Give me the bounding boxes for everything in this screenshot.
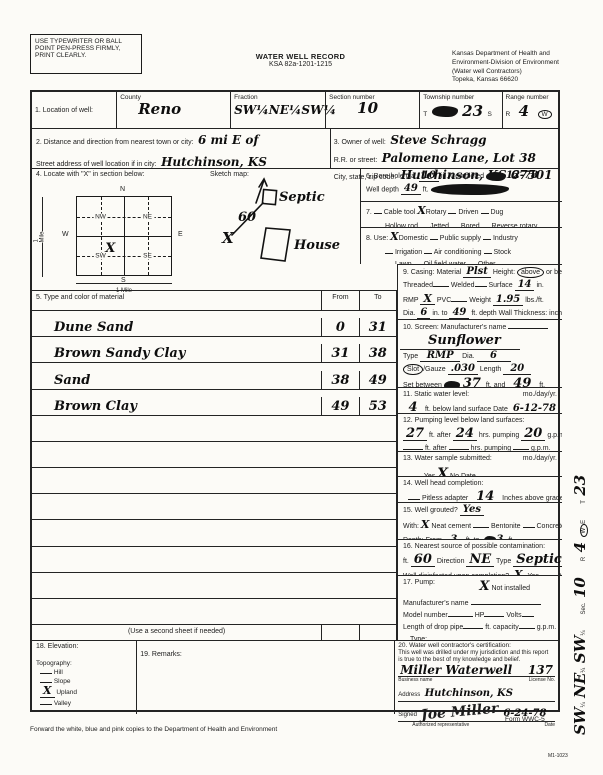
form-statute: KSA 82a-1201-1215 [228, 61, 373, 68]
inches-label: in. [441, 173, 448, 180]
slot-circled: Slot [403, 364, 423, 375]
rotary-x-mark: X [417, 204, 426, 217]
empty-cell [359, 625, 396, 640]
owner-cell: 3. Owner of well: Steve Schragg R.R. or … [330, 129, 558, 168]
instruction-line: USE TYPEWRITER OR BALL [35, 38, 137, 45]
grouted-value: Yes [463, 504, 481, 515]
distance-label: 2. Distance and direction from nearest t… [36, 139, 194, 146]
surface-value: 14 [518, 279, 532, 290]
range-label: R [581, 557, 587, 561]
hollow-rod-label: Hollow rod [385, 223, 418, 227]
gpm-label: g.p.m. [537, 624, 556, 631]
date-label: Date [493, 406, 508, 413]
range-direction: W [538, 110, 552, 119]
well-depth-label: Well depth [366, 186, 399, 193]
quadrant-nw: NW [93, 213, 108, 220]
margin-township-value: 23 [571, 475, 589, 496]
yes-label: Yes [424, 473, 435, 476]
form-body: 1. Location of well: County Reno Fractio… [30, 90, 560, 712]
house-square [261, 228, 290, 261]
cable-tool-label: Cable tool [384, 209, 416, 216]
form-number: Form WWC-5 [505, 716, 545, 723]
upland-x-mark: X [43, 684, 52, 697]
pumping-ft-value: 27 [406, 426, 424, 441]
section-number-cell: Section number 10 [325, 92, 419, 128]
scribble [431, 184, 509, 195]
blank-line [448, 610, 473, 617]
elevation-label: 18. Elevation: [36, 643, 132, 650]
static-date-value: 6-12-78 [513, 403, 556, 413]
casing-material-label: 9. Casing: Material [403, 269, 461, 276]
blank-line [40, 676, 52, 683]
yes-label: Yes [527, 573, 538, 575]
table-row-empty [32, 572, 396, 598]
grout-from-value: 3 [450, 534, 457, 539]
contamination-type-value: Septic [516, 552, 562, 567]
inches-above-grade-label: Inches above grade [502, 495, 562, 502]
surface-label: Surface [488, 282, 512, 289]
locate-label: 4. Locate with "X" in section below: [36, 171, 144, 178]
gpm-label: g.p.m. [547, 432, 562, 439]
table-row: Sand 38 49 [32, 362, 396, 388]
print-code: M1-1023 [548, 753, 568, 759]
section-grid: NW NE SW SE X [76, 196, 172, 276]
blank-line [484, 610, 504, 617]
right-column-top: 6. Bore hole dia. 10 in. Completed 12-78… [360, 169, 562, 264]
air-conditioning-label: Air conditioning [434, 249, 482, 256]
water-sample-label: 13. Water sample submitted: [403, 454, 492, 463]
neat-cement-x-mark: X [421, 518, 430, 531]
scribble [432, 106, 458, 117]
range-prefix: R [506, 111, 511, 118]
contamination-label: 16. Nearest source of possible contamina… [400, 541, 560, 552]
form-title-block: WATER WELL RECORD KSA 82a-1201-1215 [228, 52, 373, 68]
or-below-label: or below [546, 269, 562, 276]
blank-line [430, 233, 438, 240]
blank-line [403, 443, 423, 450]
pitless-label: Pitless adapter [422, 495, 468, 502]
well-head-label: 14. Well head completion: [400, 478, 560, 489]
blank-line [451, 221, 459, 227]
fraction-value: SW¼NE¼SW¼ [234, 104, 322, 116]
section-14: 14. Well head completion: Pitless adapte… [398, 476, 562, 502]
blank-line [475, 280, 487, 287]
length-label: Length [480, 366, 501, 373]
section-4: 4. Locate with "X" in section below: N W… [32, 169, 360, 290]
to-value: 53 [369, 399, 387, 414]
quadrant-se: SE [141, 252, 154, 259]
mdy-label: mo./day/yr. [523, 454, 557, 463]
section-12: 12. Pumping level below land surfaces: 2… [398, 413, 562, 451]
blank-line [519, 622, 535, 629]
weight-label: Weight [469, 297, 491, 304]
license-value: 137 [528, 664, 553, 676]
margin-range-w-circled: W [580, 524, 588, 538]
blank-line [471, 598, 541, 605]
topography-label: Topography: [36, 660, 132, 667]
compass-west: W [62, 231, 69, 238]
section-19: 19. Remarks: [136, 641, 394, 714]
bottom-row: 18. Elevation: Topography: Hill Slope X … [32, 640, 558, 714]
not-installed-x-mark: X [479, 579, 489, 594]
section-10: 10. Screen: Manufacturer's name Sunflowe… [398, 319, 562, 387]
casing-material-value: Plst [466, 266, 488, 277]
upland-label: Upland [56, 689, 77, 696]
blank-line [449, 443, 469, 450]
blank-line [463, 622, 483, 629]
dia-value: 6 [420, 307, 427, 318]
form-title: WATER WELL RECORD [228, 52, 373, 61]
pvc-label: PVC [437, 297, 451, 304]
lbs-label: lbs./ft. [525, 297, 544, 304]
blank-line [508, 322, 548, 329]
rotary-label: Rotary [426, 209, 447, 216]
address-label: Address [398, 692, 420, 698]
irrigation-label: Irrigation [395, 249, 422, 256]
slot-value: .030 [451, 363, 475, 374]
scanned-water-well-record: USE TYPEWRITER OR BALL POINT PEN-PRESS F… [0, 0, 603, 775]
agency-line: (Water well Contractors) [452, 68, 602, 77]
owner-value: Steve Schragg [390, 133, 486, 147]
depth-from-label: Depth: From [403, 537, 442, 539]
sketch-map-drawing: Septic 60 X House [210, 173, 358, 285]
township-label: Township number [423, 94, 498, 101]
street-value: Hutchinson, KS [161, 155, 267, 169]
section-18: 18. Elevation: Topography: Hill Slope X … [32, 641, 136, 714]
rr-street-value: Palomeno Lane, Lot 38 [382, 151, 536, 165]
static-level-value: 4 [408, 400, 417, 413]
disinfected-label: Well disinfected upon completion? [403, 573, 509, 575]
ft-label: ft. [403, 558, 409, 565]
material-value: Sand [54, 373, 90, 388]
blank-line [433, 280, 449, 287]
domestic-x-mark: X [390, 230, 399, 243]
table-row-empty [32, 519, 396, 545]
welded-label: Welded [451, 282, 475, 289]
not-installed-label: Not installed [491, 585, 530, 592]
address-value: Hutchinson, KS [425, 688, 513, 699]
table-header-row: 5. Type and color of material From To [32, 290, 396, 310]
blank-line [481, 207, 489, 214]
grouted-label: 15. Well grouted? [403, 507, 458, 514]
blank-line [40, 698, 52, 705]
inches-above-grade-value: 14 [476, 489, 494, 502]
table-row: Brown Sandy Clay 31 38 [32, 336, 396, 362]
industry-label: Industry [493, 235, 518, 242]
scribble [484, 536, 496, 539]
blank-line [451, 295, 467, 302]
threaded-label: Threaded [403, 282, 433, 289]
ft-and-label: ft. and [486, 382, 505, 387]
blank-line [513, 443, 529, 450]
length-value: 20 [510, 363, 524, 374]
grid-center-line [77, 236, 171, 237]
margin-fraction-2: NE [571, 673, 589, 698]
margin-fraction-1: SW [571, 707, 589, 735]
location-label: 1. Location of well: [35, 107, 93, 114]
section-number-value: 10 [357, 101, 416, 116]
remarks-label: 19. Remarks: [140, 651, 182, 658]
set1-to-value: 49 [513, 376, 531, 387]
table-row-empty [32, 441, 396, 467]
table-row-empty [32, 467, 396, 493]
blank-line [40, 667, 52, 674]
blank-line [523, 521, 535, 528]
from-value: 31 [331, 346, 349, 361]
height-label: Height: [493, 269, 515, 276]
slope-label: Slope [54, 678, 71, 685]
neat-cement-label: Neat cement [431, 523, 471, 530]
table-row-empty [32, 493, 396, 519]
license-label: License No. [529, 677, 555, 683]
second-sheet-note: (Use a second sheet if needed) [32, 625, 321, 640]
township-suffix: S [487, 111, 491, 118]
range-cell: Range number R 4 W [502, 92, 559, 128]
compass-north: N [120, 186, 125, 193]
agency-line: Environment-Division of Environment [452, 59, 602, 68]
material-value: Dune Sand [54, 320, 133, 335]
distance-cell: 2. Distance and direction from nearest t… [32, 129, 330, 168]
pump-mfg-label: Manufacturer's name [403, 600, 469, 607]
certification-text: This well was drilled under my jurisdict… [398, 650, 555, 657]
row-location: 1. Location of well: County Reno Fractio… [32, 92, 558, 129]
mile-left-label: 1 Mile [34, 232, 46, 243]
blank-line [424, 247, 432, 254]
screen-dia-value: 6 [490, 350, 497, 361]
signed-label: Signed [398, 712, 417, 718]
disinfected-x-mark: X [514, 568, 523, 575]
grout-to-value: 3 [496, 534, 503, 539]
fraction-cell: Fraction SW¼NE¼SW¼ [230, 92, 325, 128]
feet-label: ft. [423, 186, 429, 193]
quarter-label: ¼ [581, 668, 587, 673]
date-label: Date [461, 473, 476, 476]
section-5-table: 5. Type and color of material From To Du… [32, 290, 397, 624]
county-cell: County Reno [116, 92, 230, 128]
blank-line [410, 471, 422, 476]
range-label: Range number [506, 94, 556, 101]
ft-after2-label: ft. after [425, 445, 447, 451]
screen-mfg-value: Sunflower [428, 333, 501, 348]
range-value: 4 [519, 102, 529, 120]
sec-label: Sec. [581, 603, 587, 615]
margin-range-e: E [581, 520, 587, 524]
reverse-rotary-label: Reverse rotary [492, 223, 538, 227]
scribble [444, 381, 460, 387]
distance-value: 60 [238, 210, 256, 225]
forward-copies-note: Forward the white, blue and pink copies … [30, 726, 277, 733]
rr-street-label: R.R. or street: [334, 157, 378, 164]
township-cell: Township number T 23 S [419, 92, 501, 128]
blank-line [375, 221, 383, 227]
ft-label: ft. [539, 382, 545, 387]
certification-label: 20. Water well contractor's certificatio… [398, 642, 555, 650]
ft-to-label: ft. to [466, 537, 480, 539]
with-label: With: [403, 523, 419, 530]
to-value: 49 [369, 373, 387, 388]
from-value: 38 [331, 373, 349, 388]
public-supply-label: Public supply [440, 235, 481, 242]
dia-label: Dia. [403, 310, 415, 317]
bore-dia-value: 10 [422, 170, 436, 181]
quadrant-ne: NE [141, 213, 154, 220]
mile-scale-left: 1 Mile [42, 197, 43, 277]
empty-cell [321, 625, 358, 640]
use-label: 8. Use: [366, 235, 388, 242]
township-value: 23 [462, 102, 483, 120]
casing-depth-value: 49 [452, 307, 466, 318]
from-value: 0 [336, 320, 345, 335]
margin-range-value: 4 [571, 542, 589, 552]
section-7-number: 7. [366, 209, 372, 216]
fraction-label: Fraction [234, 94, 322, 101]
section-15: 15. Well grouted? Yes With: X Neat cemen… [398, 502, 562, 539]
wall-thickness-label: Wall Thickness: inches or [499, 310, 562, 317]
material-value: Brown Sandy Clay [54, 346, 185, 361]
agency-block: Kansas Department of Health and Environm… [452, 50, 602, 85]
screen-type-label: Type [403, 353, 418, 360]
above-circled: above [517, 267, 544, 278]
set-between-label: Set between [403, 382, 442, 387]
sketch-x-mark: X [221, 229, 235, 247]
blank-line [473, 521, 489, 528]
table-row-empty [32, 598, 396, 624]
dug-label: Dug [490, 209, 503, 216]
signature-value: Joe Miller [421, 701, 500, 724]
compass-east: E [178, 231, 183, 238]
pumping-hrs-value: 24 [456, 426, 474, 441]
location-cell: 1. Location of well: [32, 92, 116, 128]
instruction-line: POINT PEN-PRESS FIRMLY, [35, 45, 137, 52]
material-value: Brown Clay [54, 399, 137, 414]
ft-after-label: ft. after [429, 432, 451, 439]
section-16: 16. Nearest source of possible contamina… [398, 539, 562, 575]
valley-label: Valley [54, 700, 71, 707]
business-name-value: Miller Waterwell [400, 664, 512, 676]
blank-line [483, 233, 491, 240]
blank-line [478, 471, 533, 476]
completed-date-value: 12-78 [506, 170, 538, 181]
house-label: House [293, 238, 340, 253]
pumping-level-label: 12. Pumping level below land surfaces: [400, 415, 560, 426]
section-11: 11. Static water level:mo./day/yr. 4 ft.… [398, 387, 562, 413]
blank-line [374, 207, 382, 214]
blank-line [482, 221, 490, 227]
township-label: T [581, 500, 587, 504]
section-20: 20. Water well contractor's certificatio… [394, 641, 558, 714]
type-label: Type [496, 558, 511, 565]
hrs-pumping-label: hrs. pumping [479, 432, 519, 439]
hrs-pumping2-label: hrs. pumping [471, 445, 511, 451]
ft-label: ft. [508, 537, 514, 539]
pumping-gpm-value: 20 [524, 426, 542, 441]
drop-pipe-label: Length of drop pipe [403, 624, 463, 631]
second-sheet-note-row: (Use a second sheet if needed) [32, 624, 397, 640]
no-label: No [450, 473, 459, 476]
blank-line [420, 221, 428, 227]
ft-depth-label: ft. depth [471, 310, 496, 317]
hill-label: Hill [54, 669, 63, 676]
gpm2-label: g.p.m. [531, 445, 550, 451]
mdy-label: mo./day/yr. [523, 390, 557, 399]
margin-section-value: 10 [571, 577, 589, 598]
driven-label: Driven [458, 209, 478, 216]
section-7: 7. Cable tool XRotary Driven Dug Hollow … [361, 201, 562, 227]
to-column-header: To [359, 291, 396, 310]
volts-label: Volts [506, 612, 521, 619]
blank-line [408, 493, 420, 500]
bore-dia-label: 6. Bore hole dia. [366, 173, 417, 180]
well-location-x-mark: X [105, 242, 115, 255]
township-prefix: T [423, 111, 427, 118]
section-9: 9. Casing: Material Plst Height: above o… [398, 264, 562, 319]
row-owner: 2. Distance and direction from nearest t… [32, 129, 558, 169]
contamination-distance-value: 60 [414, 552, 432, 567]
blank-line [541, 571, 557, 575]
section-13: 13. Water sample submitted:mo./day/yr. Y… [398, 451, 562, 476]
table-row-empty [32, 546, 396, 572]
margin-fraction-3: SW [571, 636, 589, 664]
to-value: 38 [369, 346, 387, 361]
owner-label: 3. Owner of well: [334, 139, 386, 146]
well-depth-value: 49 [404, 183, 418, 194]
to-value: 31 [369, 320, 387, 335]
concrete-label: Concrete [537, 523, 563, 530]
from-column-header: From [321, 291, 358, 310]
septic-square [262, 190, 276, 205]
inches-label: in. [536, 282, 543, 289]
street-label: Street address of well location if in ci… [36, 161, 157, 168]
gauze-label: /Gauze [423, 366, 446, 373]
section-8: 8. Use: XDomestic Public supply Industry… [361, 227, 562, 264]
capacity-label: ft. capacity [485, 624, 518, 631]
margin-legal-description: SW¼ NE¼ SW¼ Sec. 10 R 4 WE T 23 [560, 449, 602, 741]
static-level-label: 11. Static water level: [403, 390, 469, 399]
hp-label: HP [475, 612, 485, 619]
date-label: Date [544, 722, 555, 728]
weight-value: 1.95 [496, 294, 520, 305]
screen-dia-label: Dia. [462, 353, 474, 360]
model-label: Model number [403, 612, 448, 619]
quarter-label: ¼ [581, 702, 587, 707]
bentonite-label: Bentonite [491, 523, 521, 530]
stock-label: Stock [493, 249, 511, 256]
agency-line: Kansas Department of Health and [452, 50, 602, 59]
screen-mfg-label: 10. Screen: Manufacturer's name [403, 324, 506, 331]
screen-type-value: RMP [427, 350, 454, 361]
instruction-box: USE TYPEWRITER OR BALL POINT PEN-PRESS F… [30, 34, 142, 74]
blank-line [385, 259, 393, 264]
distance-value: 6 mi E of [198, 133, 258, 147]
rmp-x-mark: X [423, 292, 432, 305]
blank-line [522, 610, 534, 617]
table-row-empty [32, 415, 396, 441]
scribble [486, 172, 506, 181]
jetted-label: Jetted [430, 223, 449, 227]
blank-line [448, 207, 456, 214]
contamination-direction-value: NE [469, 552, 491, 567]
section-6: 6. Bore hole dia. 10 in. Completed 12-78… [361, 169, 562, 201]
pump-label: 17. Pump: [403, 578, 435, 596]
in-to-label: in. to [432, 310, 447, 317]
section-17: 17. Pump: X Not installed Manufacturer's… [398, 575, 562, 640]
completed-label: Completed [450, 173, 484, 180]
quarter-label: ¼ [581, 631, 587, 636]
from-value: 49 [331, 399, 349, 414]
table-row: Brown Clay 49 53 [32, 389, 396, 415]
blank-line [484, 247, 492, 254]
county-value: Reno [138, 102, 227, 117]
